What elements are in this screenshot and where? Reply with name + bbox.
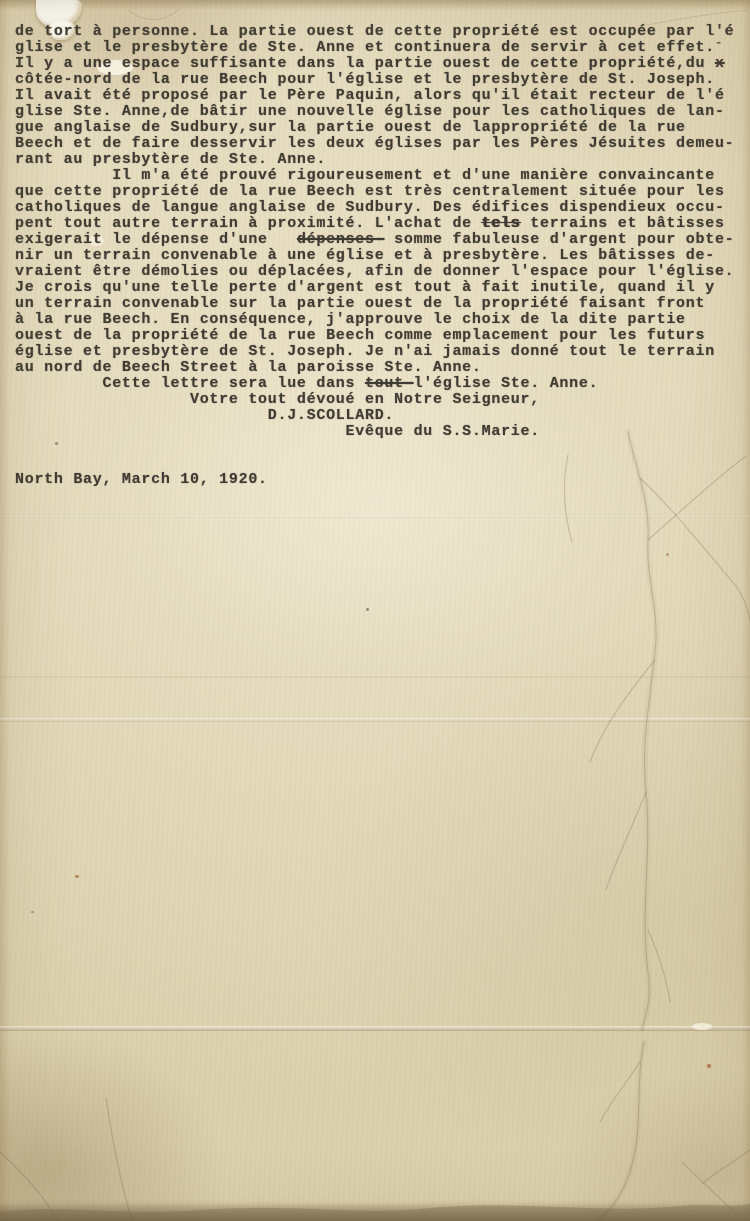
crease-line	[648, 930, 670, 1002]
crease-line	[640, 478, 750, 620]
crease-line	[606, 792, 646, 890]
crease-line	[682, 1162, 736, 1214]
crease-line	[598, 1042, 644, 1221]
letter-line: un terrain convenable sur la partie oues…	[15, 296, 750, 312]
letter-line: nir un terrain convenable à une église e…	[15, 248, 750, 264]
letter-segment: Evêque du S.S.Marie.	[15, 423, 540, 440]
letter-line: Votre tout dévoué en Notre Seigneur,	[15, 392, 750, 408]
bottom-edge-wave	[0, 1204, 750, 1221]
letter-segment: Il avait été proposé par le Père Paquin,…	[15, 87, 725, 104]
crease-line	[702, 1150, 750, 1184]
letter-segment: nir un terrain convenable à une église e…	[15, 247, 715, 264]
letter-segment: l'église Ste. Anne.	[414, 375, 599, 392]
paper-speck	[666, 553, 669, 556]
letter-segment: North Bay, March 10, 1920.	[15, 471, 268, 488]
fold-line-faint-1	[0, 516, 750, 518]
letter-segment: Il m'a été prouvé rigoureusement et d'un…	[15, 167, 715, 184]
letter-segment: rant au presbytère de Ste. Anne.	[15, 151, 326, 168]
letter-line: Je crois qu'une telle perte d'argent est…	[15, 280, 750, 296]
letter-line: rant au presbytère de Ste. Anne.	[15, 152, 750, 168]
letter-segment: ouest de la propriété de la rue Beech co…	[15, 327, 705, 344]
letter-line: glise Ste. Anne,de bâtir une nouvelle ég…	[15, 104, 750, 120]
fold-line-lower	[0, 1026, 750, 1031]
letter-segment-overtype: tels	[482, 215, 521, 232]
letter-segment: Beech et de faire desservir les deux égl…	[15, 135, 734, 152]
letter-segment: Je crois qu'une telle perte d'argent est…	[15, 279, 715, 296]
letter-segment: gue anglaise de Sudbury,sur la partie ou…	[15, 119, 686, 136]
crease-line	[590, 660, 655, 762]
crease-smear	[598, 1042, 644, 1221]
letter-line: D.J.SCOLLARD.	[15, 408, 750, 424]
crease-line	[106, 1098, 132, 1221]
crease-line	[600, 1062, 640, 1122]
paper-speck	[366, 608, 369, 611]
letter-segment-strike: tout-	[365, 375, 414, 392]
pencil-curve	[128, 8, 180, 20]
letter-line: Cette lettre sera lue dans tout-l'église…	[15, 376, 750, 392]
letter-line	[15, 440, 750, 456]
letter-segment: à la rue Beech. En conséquence, j'approu…	[15, 311, 686, 328]
letter-body: de tort à personne. La partie ouest de c…	[15, 24, 750, 488]
letter-line: côtée-nord de la rue Beech pour l'église…	[15, 72, 750, 88]
crease-line	[628, 432, 656, 1030]
letter-line: église et presbytère de St. Joseph. Je n…	[15, 344, 750, 360]
fold-line-middle	[0, 718, 750, 722]
letter-segment: côtée-nord de la rue Beech pour l'église…	[15, 71, 715, 88]
letter-segment: de tort à personne. La partie ouest de c…	[15, 23, 734, 40]
letter-line: au nord de Beech Street à la paroisse St…	[15, 360, 750, 376]
letter-line: Evêque du S.S.Marie.	[15, 424, 750, 440]
letter-segment: que cette propriété de la rue Beech est …	[15, 183, 725, 200]
letter-line: Il m'a été prouvé rigoureusement et d'un…	[15, 168, 750, 184]
letter-line: ouest de la propriété de la rue Beech co…	[15, 328, 750, 344]
letter-segment: un terrain convenable sur la partie oues…	[15, 295, 705, 312]
letter-segment: somme fabuleuse d'argent pour obte-	[384, 231, 734, 248]
letter-line: catholiques de langue anglaise de Sudbur…	[15, 200, 750, 216]
letter-segment: vraient être démolies ou déplacées, afin…	[15, 263, 734, 280]
letter-segment: Votre tout dévoué en Notre Seigneur,	[15, 391, 540, 408]
letter-segment: glise Ste. Anne,de bâtir une nouvelle ég…	[15, 103, 725, 120]
letter-line: gue anglaise de Sudbury,sur la partie ou…	[15, 120, 750, 136]
letter-line: que cette propriété de la rue Beech est …	[15, 184, 750, 200]
letter-segment: au nord de Beech Street à la paroisse St…	[15, 359, 482, 376]
fold-edge-chip	[692, 1023, 712, 1030]
crease-line	[0, 1152, 58, 1221]
letter-segment: glise et le presbytère de Ste. Anne et c…	[15, 39, 715, 56]
crease-smear	[628, 432, 656, 1030]
letter-segment: pent tout autre terrain à proximité. L'a…	[15, 215, 482, 232]
letter-segment: Cette lettre sera lue dans	[15, 375, 365, 392]
letter-segment-strike: x	[715, 55, 725, 72]
letter-segment: exigerait le dépense d'une	[15, 231, 297, 248]
letter-line: Il y a une espace suffisante dans la par…	[15, 56, 750, 72]
letter-segment: D.J.SCOLLARD.	[15, 407, 394, 424]
letter-line: à la rue Beech. En conséquence, j'approu…	[15, 312, 750, 328]
paper-speck	[707, 1064, 711, 1068]
letter-line: exigerait le dépense d'une dépenses- som…	[15, 232, 750, 248]
letter-line: de tort à personne. La partie ouest de c…	[15, 24, 750, 40]
letter-segment-strike: dépenses-	[297, 231, 385, 248]
letter-line: pent tout autre terrain à proximité. L'a…	[15, 216, 750, 232]
letter-segment: église et presbytère de St. Joseph. Je n…	[15, 343, 715, 360]
letter-segment: Il y a une espace suffisante dans la par…	[15, 55, 715, 72]
paper-speck	[31, 911, 34, 913]
document-page: de tort à personne. La partie ouest de c…	[0, 0, 750, 1221]
letter-line: glise et le presbytère de Ste. Anne et c…	[15, 40, 750, 56]
letter-segment: terrains et bâtisses	[521, 215, 725, 232]
letter-segment: catholiques de langue anglaise de Sudbur…	[15, 199, 725, 216]
letter-line: Il avait été proposé par le Père Paquin,…	[15, 88, 750, 104]
letter-line: vraient être démolies ou déplacées, afin…	[15, 264, 750, 280]
fold-line-faint-2	[0, 676, 750, 678]
letter-line: Beech et de faire desservir les deux égl…	[15, 136, 750, 152]
bottom-edge-shadow	[0, 1203, 750, 1221]
letter-line	[15, 456, 750, 472]
paper-speck	[75, 875, 79, 878]
letter-line: North Bay, March 10, 1920.	[15, 472, 750, 488]
letter-segment-sup: -	[715, 36, 723, 50]
